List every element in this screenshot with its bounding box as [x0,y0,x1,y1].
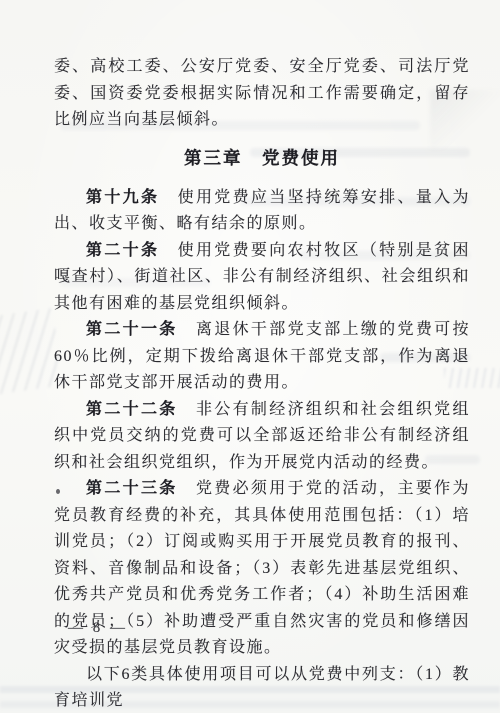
paragraph-continuation: 委、高校工委、公安厅党委、安全厅党委、司法厅党委、国资委党委根据实际情况和工作需… [54,54,470,134]
page-content: 委、高校工委、公安厅党委、安全厅党委、司法厅党委、国资委党委根据实际情况和工作需… [54,54,470,713]
page-number: — 8 — [68,620,128,637]
article-21-number: 第二十一条 [86,321,178,338]
article-19-number: 第十九条 [86,189,159,206]
article-20-number: 第二十条 [86,242,159,259]
article-22-paragraph: 第二十二条 非公有制经济组织和社会组织党组织中党员交纳的党费可以全部返还给非公有… [54,397,470,477]
article-19-paragraph: 第十九条 使用党费应当坚持统筹安排、量入为出、收支平衡、略有结余的原则。 [54,185,470,238]
closing-line-paragraph: 以下6类具体使用项目可以从党费中列支：（1）教育培训党 [54,662,470,713]
closing-line-text: 以下6类具体使用项目可以从党费中列支：（1）教育培训党 [54,666,470,710]
chapter-heading: 第三章 党费使用 [54,145,470,170]
continuation-text: 委、高校工委、公安厅党委、安全厅党委、司法厅党委、国资委党委根据实际情况和工作需… [54,58,470,128]
scanned-document-page: 委、高校工委、公安厅党委、安全厅党委、司法厅党委、国资委党委根据实际情况和工作需… [0,0,500,713]
article-23-number: 第二十三条 [86,480,178,497]
article-22-number: 第二十二条 [86,401,178,418]
article-21-paragraph: 第二十一条 离退休干部党支部上缴的党费可按 60％比例，定期下拨给离退休干部党支… [54,317,470,397]
article-20-paragraph: 第二十条 使用党费要向农村牧区（特别是贫困嘎查村）、街道社区、非公有制经济组织、… [54,238,470,318]
